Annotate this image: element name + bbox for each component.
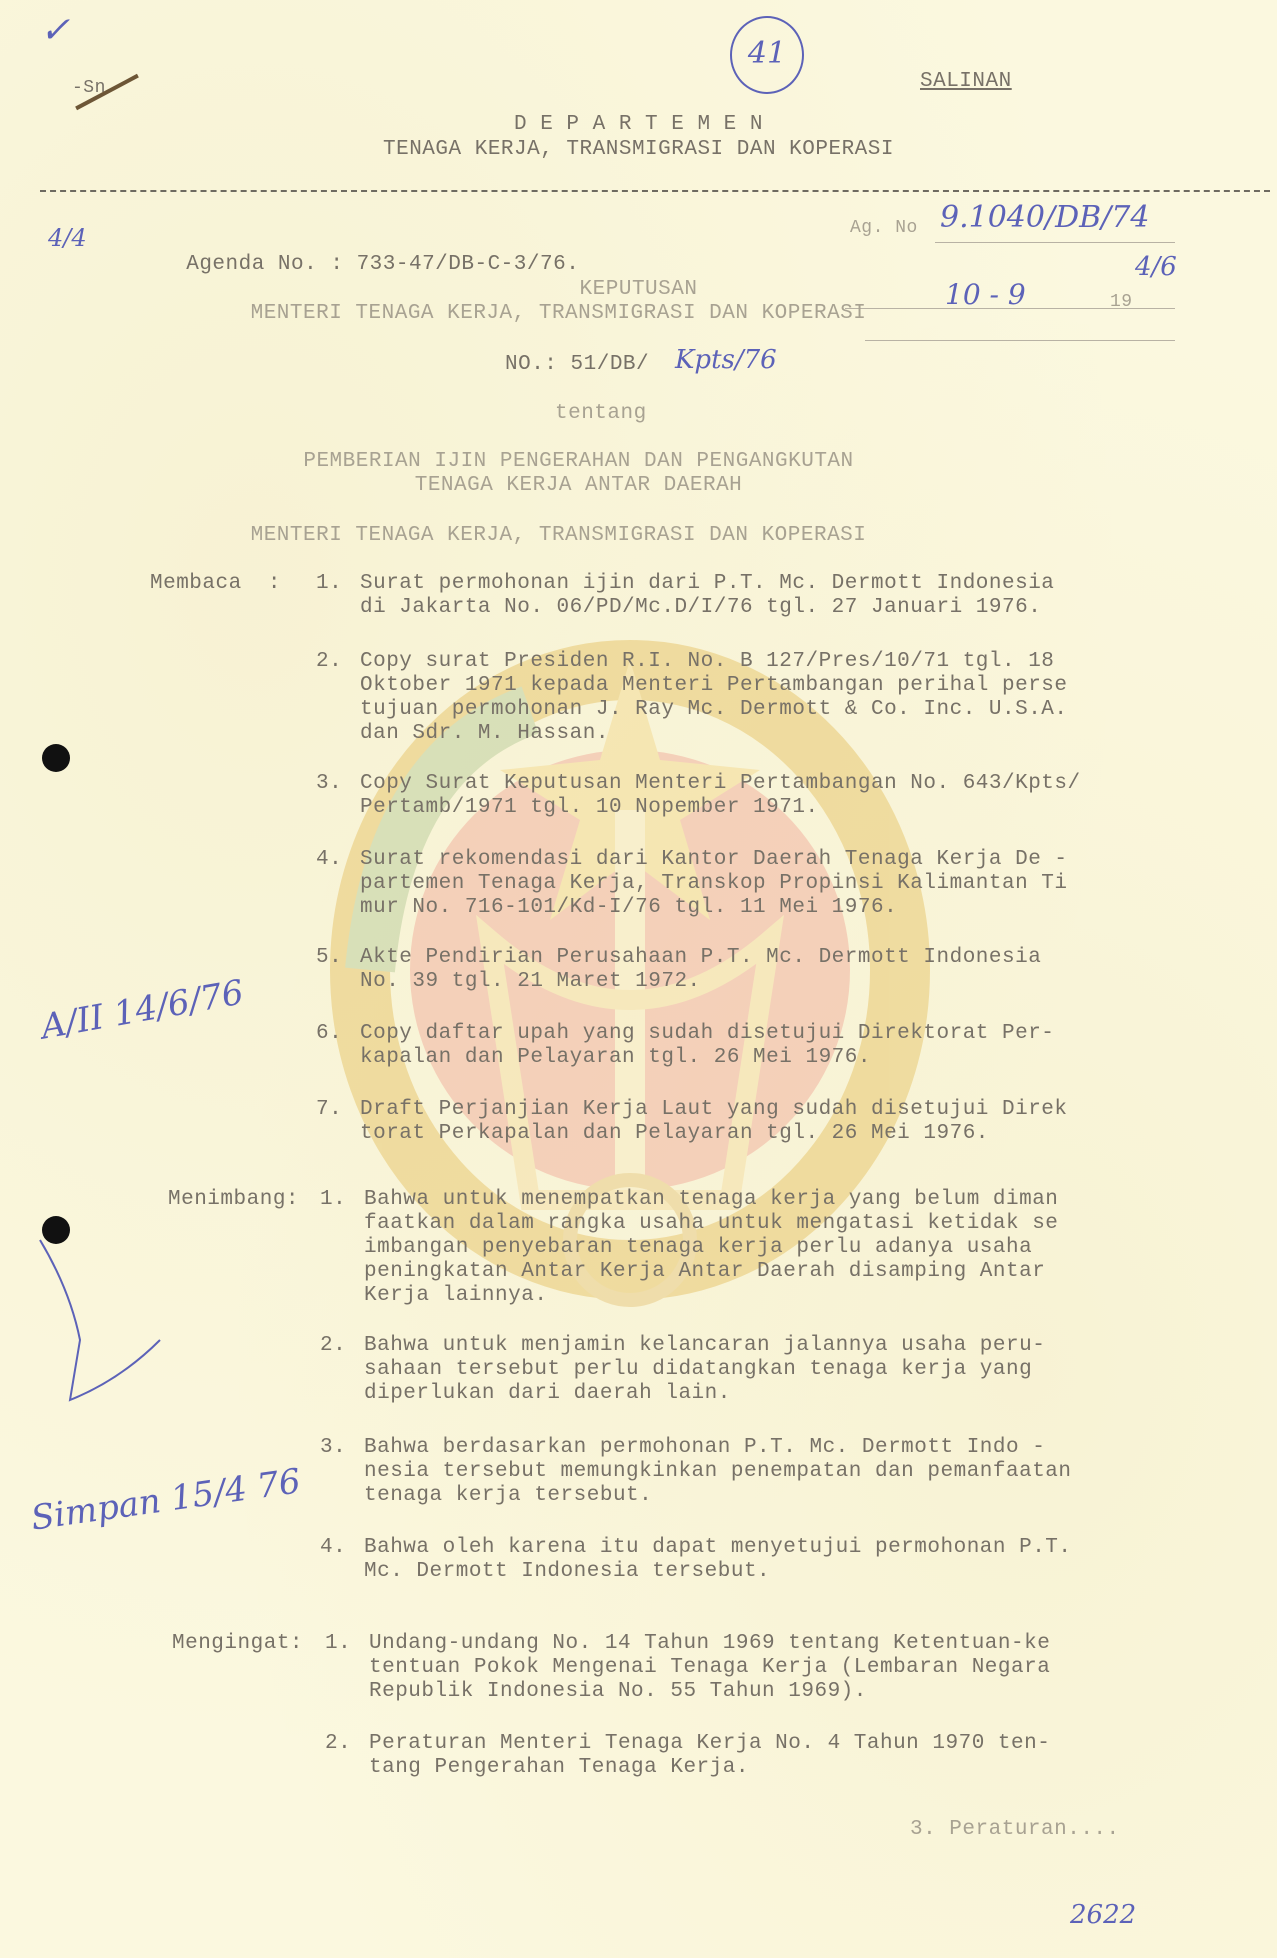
membaca-item: 3.Copy Surat Keputusan Menteri Pertamban…: [316, 772, 1081, 820]
item-number: 1.: [316, 572, 360, 596]
mengingat-item: 1.Undang-undang No. 14 Tahun 1969 tentan…: [325, 1632, 1050, 1704]
item-text: Undang-undang No. 14 Tahun 1969 tentang …: [369, 1632, 1050, 1704]
margin-simpan-note: Simpan 15/4 76: [29, 1461, 304, 1538]
item-number: 2.: [316, 650, 360, 674]
agenda-line: Agenda No. : 733-47/DB-C-3/76.: [160, 230, 579, 276]
mengingat-item: 2.Peraturan Menteri Tenaga Kerja No. 4 T…: [325, 1732, 1050, 1780]
decree-number-hand: Kpts/76: [675, 345, 777, 375]
item-number: 4.: [320, 1536, 364, 1560]
item-number: 1.: [320, 1188, 364, 1212]
item-number: 5.: [316, 946, 360, 970]
stamp-line-3: [865, 340, 1175, 341]
item-text: Draft Perjanjian Kerja Laut yang sudah d…: [360, 1098, 1068, 1146]
membaca-item: 6.Copy daftar upah yang sudah disetujui …: [316, 1022, 1054, 1070]
item-text: Bahwa oleh karena itu dapat menyetujui p…: [364, 1536, 1072, 1584]
item-text: Bahwa berdasarkan permohonan P.T. Mc. De…: [364, 1436, 1072, 1508]
stamp-line-1: [935, 242, 1175, 243]
item-number: 1.: [325, 1632, 369, 1656]
decree-title: KEPUTUSAN: [0, 278, 1277, 301]
membaca-item: 4.Surat rekomendasi dari Kantor Daerah T…: [316, 848, 1068, 920]
item-text: Copy daftar upah yang sudah disetujui Di…: [360, 1022, 1054, 1070]
item-number: 6.: [316, 1022, 360, 1046]
decree-number: NO.: 51/DB/: [505, 353, 649, 376]
menimbang-item: 4.Bahwa oleh karena itu dapat menyetujui…: [320, 1536, 1072, 1584]
section-label-membaca: Membaca :: [150, 572, 281, 595]
section-label-menimbang: Menimbang:: [168, 1188, 299, 1211]
item-text: Akte Pendirian Perusahaan P.T. Mc. Dermo…: [360, 946, 1041, 994]
agenda-hand-note: 4/4: [48, 224, 87, 252]
continuation-text: 3. Peraturan....: [910, 1818, 1120, 1841]
item-text: Copy surat Presiden R.I. No. B 127/Pres/…: [360, 650, 1068, 746]
margin-signature-note: A/II 14/6/76: [38, 973, 247, 1048]
stamp-ag-no-value: 9.1040/DB/74: [940, 200, 1149, 235]
margin-pen-stroke: [30, 1230, 170, 1430]
item-number: 7.: [316, 1098, 360, 1122]
stamp-ag-no-label: Ag. No: [850, 218, 918, 238]
section-label-mengingat: Mengingat:: [172, 1632, 303, 1655]
punch-hole-top: [42, 744, 70, 772]
membaca-item: 1.Surat permohonan ijin dari P.T. Mc. De…: [316, 572, 1054, 620]
item-text: Peraturan Menteri Tenaga Kerja No. 4 Tah…: [369, 1732, 1050, 1780]
page-circle-number: 41: [730, 16, 804, 94]
menimbang-item: 1.Bahwa untuk menempatkan tenaga kerja y…: [320, 1188, 1058, 1308]
decree-about: tentang: [555, 402, 647, 425]
decree-subject-line2: TENAGA KERJA ANTAR DAERAH: [0, 474, 1217, 497]
item-text: Surat permohonan ijin dari P.T. Mc. Derm…: [360, 572, 1054, 620]
item-number: 4.: [316, 848, 360, 872]
department-heading: D E P A R T E M E N: [0, 113, 1277, 136]
decree-minister: MENTERI TENAGA KERJA, TRANSMIGRASI DAN K…: [0, 302, 1197, 325]
decree-subject-line1: PEMBERIAN IJIN PENGERAHAN DAN PENGANGKUT…: [0, 450, 1217, 473]
membaca-item: 2.Copy surat Presiden R.I. No. B 127/Pre…: [316, 650, 1068, 746]
menimbang-item: 2.Bahwa untuk menjamin kelancaran jalann…: [320, 1334, 1045, 1406]
agenda-value: 733-47/DB-C-3/76.: [357, 253, 580, 276]
item-number: 2.: [320, 1334, 364, 1358]
item-number: 3.: [316, 772, 360, 796]
item-text: Copy Surat Keputusan Menteri Pertambanga…: [360, 772, 1081, 820]
header-divider: [40, 190, 1270, 192]
item-number: 3.: [320, 1436, 364, 1460]
membaca-item: 7.Draft Perjanjian Kerja Laut yang sudah…: [316, 1098, 1068, 1146]
menimbang-item: 3.Bahwa berdasarkan permohonan P.T. Mc. …: [320, 1436, 1072, 1508]
item-text: Surat rekomendasi dari Kantor Daerah Ten…: [360, 848, 1068, 920]
membaca-item: 5.Akte Pendirian Perusahaan P.T. Mc. Der…: [316, 946, 1041, 994]
agenda-label: Agenda No. :: [186, 253, 343, 276]
page-hand-number: 2622: [1070, 1900, 1136, 1930]
item-text: Bahwa untuk menempatkan tenaga kerja yan…: [364, 1188, 1058, 1308]
check-mark-icon: ✓: [40, 10, 70, 51]
decree-issuer: MENTERI TENAGA KERJA, TRANSMIGRASI DAN K…: [0, 524, 1197, 547]
item-text: Bahwa untuk menjamin kelancaran jalannya…: [364, 1334, 1045, 1406]
copy-mark: SALINAN: [920, 70, 1012, 93]
item-number: 2.: [325, 1732, 369, 1756]
department-name: TENAGA KERJA, TRANSMIGRASI DAN KOPERASI: [0, 138, 1277, 161]
